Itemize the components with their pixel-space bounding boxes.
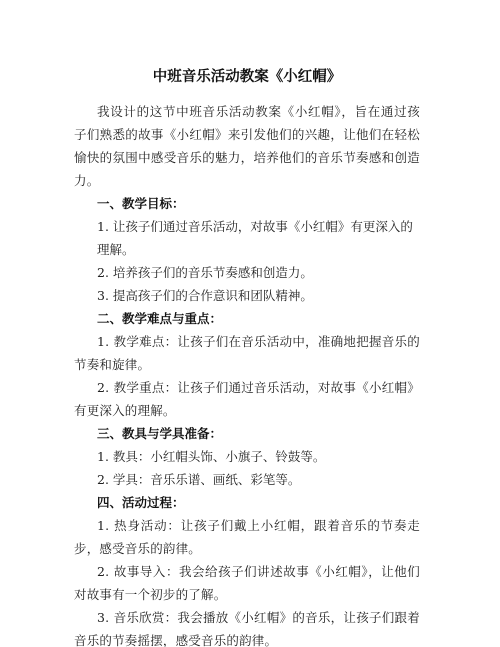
section-heading-materials: 三、教具与学具准备： bbox=[74, 422, 420, 445]
section-heading-key-points: 二、教学难点与重点： bbox=[74, 307, 420, 330]
section-heading-process: 四、活动过程： bbox=[74, 491, 420, 514]
list-item: 1. 热身活动：让孩子们戴上小红帽，跟着音乐的节奏走步，感受音乐的韵律。 bbox=[74, 514, 420, 560]
document-page: 中班音乐活动教案《小红帽》 我设计的这节中班音乐活动教案《小红帽》，旨在通过孩子… bbox=[74, 66, 420, 647]
list-item: 2. 学具：音乐乐谱、画纸、彩笔等。 bbox=[74, 468, 420, 491]
list-item: 3. 提高孩子们的合作意识和团队精神。 bbox=[74, 284, 420, 307]
list-item: 2. 教学重点：让孩子们通过音乐活动，对故事《小红帽》有更深入的理解。 bbox=[74, 376, 420, 422]
list-item: 1. 教具：小红帽头饰、小旗子、铃鼓等。 bbox=[74, 445, 420, 468]
section-heading-goals: 一、教学目标： bbox=[74, 192, 420, 215]
list-item: 1. 教学难点：让孩子们在音乐活动中，准确地把握音乐的节奏和旋律。 bbox=[74, 330, 420, 376]
list-item: 2. 故事导入：我会给孩子们讲述故事《小红帽》，让他们对故事有一个初步的了解。 bbox=[74, 560, 420, 606]
intro-paragraph: 我设计的这节中班音乐活动教案《小红帽》，旨在通过孩子们熟悉的故事《小红帽》来引发… bbox=[74, 100, 420, 192]
list-item: 1. 让孩子们通过音乐活动，对故事《小红帽》有更深入的理解。 bbox=[74, 215, 420, 261]
list-item: 2. 培养孩子们的音乐节奏感和创造力。 bbox=[74, 261, 420, 284]
list-item: 3. 音乐欣赏：我会播放《小红帽》的音乐，让孩子们跟着音乐的节奏摇摆，感受音乐的… bbox=[74, 606, 420, 647]
document-title: 中班音乐活动教案《小红帽》 bbox=[74, 66, 420, 88]
